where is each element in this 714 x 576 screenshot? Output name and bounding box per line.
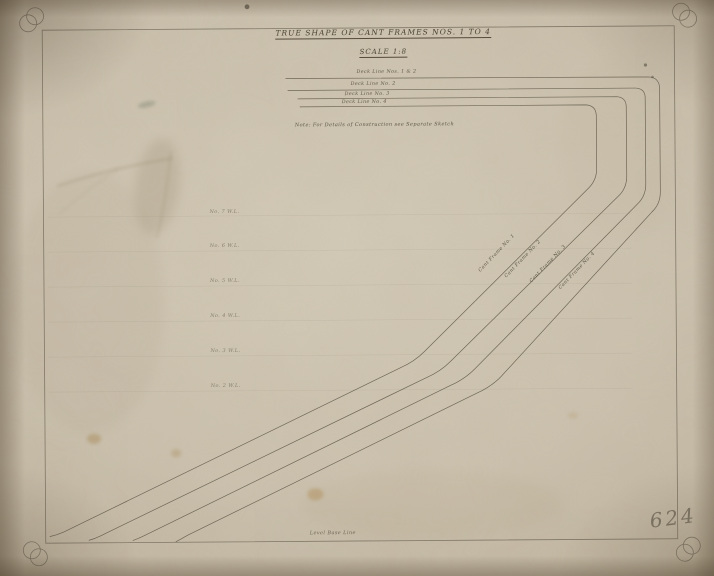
drawing-title: True Shape of Cant Frames Nos. 1 to 4	[275, 27, 491, 40]
water-line-label-6: No. 6 W.L.	[210, 243, 240, 249]
water-line-label-2: No. 2 W.L.	[211, 383, 241, 389]
water-line-label-3: No. 3 W.L.	[210, 348, 240, 354]
deck-line-label-3: Deck Line No. 3	[345, 92, 390, 97]
deck-line-label-2: Deck Line No. 2	[351, 82, 396, 87]
construction-note: Note: For Details of Construction see Se…	[295, 121, 454, 128]
drawing-sheet: True Shape of Cant Frames Nos. 1 to 4 Sc…	[0, 0, 714, 576]
water-line-label-7: No. 7 W.L.	[209, 209, 239, 215]
base-line-label: Level Base Line	[310, 530, 356, 536]
water-line-label-5: No. 5 W.L.	[210, 278, 240, 284]
drawing-content: True Shape of Cant Frames Nos. 1 to 4 Sc…	[0, 0, 714, 576]
water-line-label-4: No. 4 W.L.	[210, 313, 240, 319]
title-block: True Shape of Cant Frames Nos. 1 to 4 Sc…	[273, 19, 493, 59]
deck-line-label-1: Deck Line Nos. 1 & 2	[356, 70, 416, 75]
deck-line-label-4: Deck Line No. 4	[342, 100, 387, 105]
drawing-scale: Scale 1:8	[360, 48, 408, 58]
